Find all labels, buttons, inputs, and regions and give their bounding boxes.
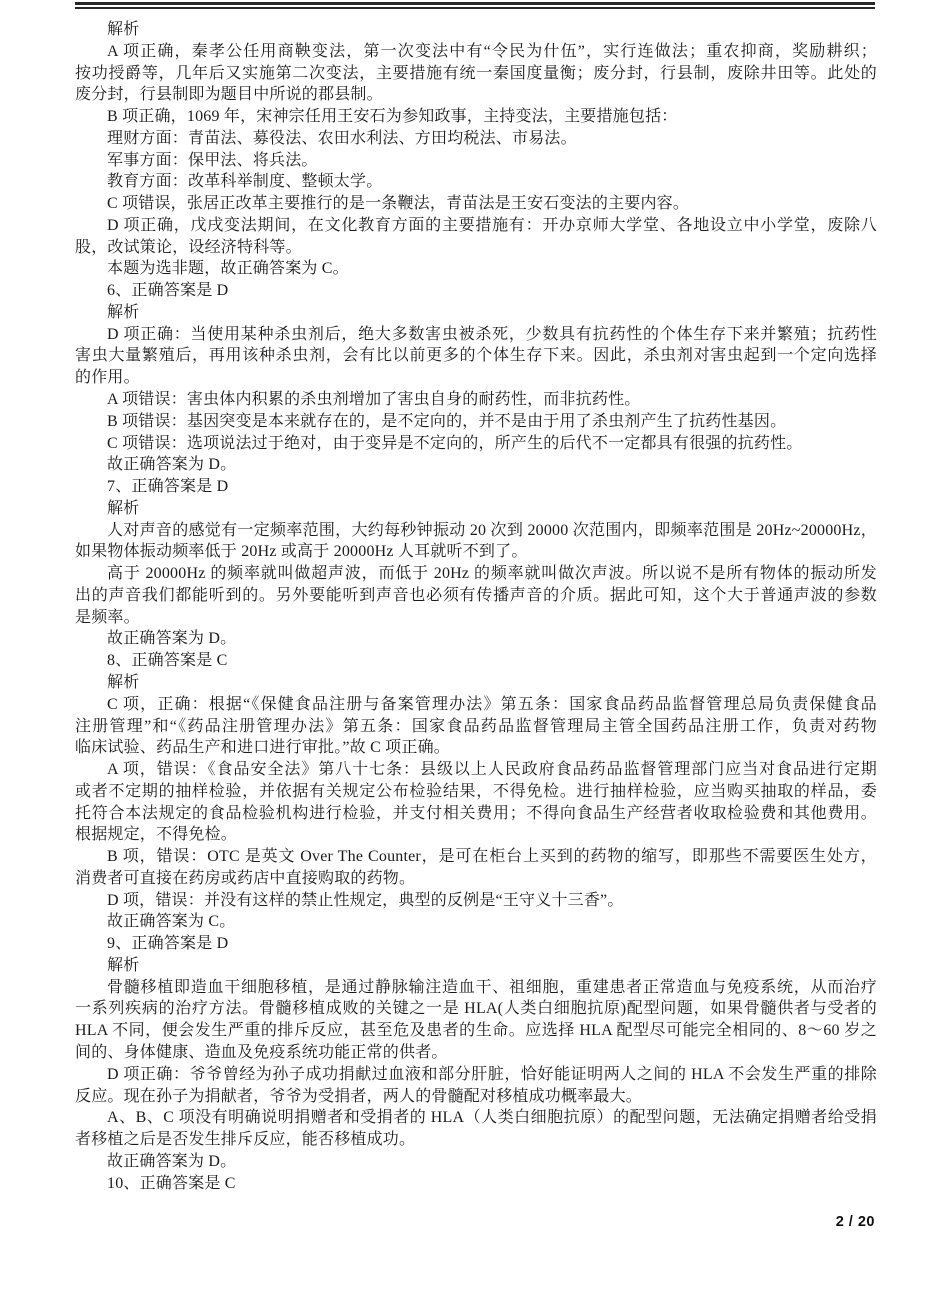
text-line: 骨髓移植即造血干细胞移植，是通过静脉输注造血干、祖细胞，重建患者正常造血与免疫系… — [75, 977, 877, 999]
text-line: 一系列疾病的治疗方法。骨髓移植成败的关键之一是 HLA(人类白细胞抗原)配型问题… — [75, 998, 877, 1020]
text-line: 解析 — [75, 302, 877, 324]
text-line: D 项正确：爷爷曾经为孙子成功捐献过血液和部分肝脏，恰好能证明两人之间的 HLA… — [75, 1064, 877, 1086]
text-line: 注册管理”和“《药品注册管理办法》第五条：国家食品药品监督管理局主管全国药品注册… — [75, 716, 877, 738]
text-line: 如果物体振动频率低于 20Hz 或高于 20000Hz 人耳就听不到了。 — [75, 541, 877, 563]
text-line: 解析 — [75, 672, 877, 694]
text-line: C 项错误：选项说法过于绝对，由于变异是不定向的，所产生的后代不一定都具有很强的… — [75, 433, 877, 455]
text-line: A 项，错误：《食品安全法》第八十七条：县级以上人民政府食品药品监督管理部门应当… — [75, 759, 877, 781]
text-line: 股，改试策论，设经济特科等。 — [75, 237, 877, 259]
page-number: 2 / 20 — [836, 1214, 875, 1230]
text-line: 者移植之后是否发生排斥反应，能否移植成功。 — [75, 1129, 877, 1151]
page-footer: 2 / 20 — [75, 1213, 875, 1231]
text-line: 解析 — [75, 955, 877, 977]
document-page: 解析A 项正确，秦孝公任用商鞅变法，第一次变法中有“令民为什伍”，实行连做法；重… — [0, 0, 950, 1290]
text-line: D 项，错误：并没有这样的禁止性规定，典型的反例是“王守义十三香”。 — [75, 890, 877, 912]
text-line: 7、正确答案是 D — [75, 476, 877, 498]
text-line: 人对声音的感觉有一定频率范围，大约每秒钟振动 20 次到 20000 次范围内，… — [75, 520, 877, 542]
text-line: 高于 20000Hz 的频率就叫做超声波，而低于 20Hz 的频率就叫做次声波。… — [75, 563, 877, 585]
text-line: 故正确答案为 D。 — [75, 454, 877, 476]
text-line: D 项正确：当使用某种杀虫剂后，绝大多数害虫被杀死，少数具有抗药性的个体生存下来… — [75, 324, 877, 346]
text-line: 临床试验、药品生产和进口进行审批。”故 C 项正确。 — [75, 737, 877, 759]
text-line: D 项正确，戊戌变法期间，在文化教育方面的主要措施有：开办京师大学堂、各地设立中… — [75, 215, 877, 237]
text-line: 本题为选非题，故正确答案为 C。 — [75, 258, 877, 280]
text-line: 或者不定期的抽样检验，并依据有关规定公布检验结果，不得免检。进行抽样检验，应当购… — [75, 781, 877, 803]
text-line: 6、正确答案是 D — [75, 280, 877, 302]
text-line: 理财方面：青苗法、募役法、农田水利法、方田均税法、市易法。 — [75, 128, 877, 150]
text-line: 故正确答案为 C。 — [75, 911, 877, 933]
text-line: 根据规定，不得免检。 — [75, 824, 877, 846]
text-line: 按功授爵等，几年后又实施第二次变法，主要措施有统一秦国度量衡；废分封，行县制，废… — [75, 63, 877, 85]
text-line: 解析 — [75, 498, 877, 520]
text-line: 军事方面：保甲法、将兵法。 — [75, 150, 877, 172]
text-line: 间的、身体健康、造血及免疫系统功能正常的供者。 — [75, 1042, 877, 1064]
text-line: 反应。现在孙子为捐献者，爷爷为受捐者，两人的骨髓配对移植成功概率最大。 — [75, 1086, 877, 1108]
header-divider — [75, 2, 875, 9]
text-line: 是频率。 — [75, 607, 877, 629]
text-line: 教育方面：改革科举制度、整顿太学。 — [75, 171, 877, 193]
text-line: 故正确答案为 D。 — [75, 628, 877, 650]
text-line: 的作用。 — [75, 367, 877, 389]
text-line: 9、正确答案是 D — [75, 933, 877, 955]
text-line: 解析 — [75, 19, 877, 41]
text-line: B 项，错误：OTC 是英文 Over The Counter，是可在柜台上买到… — [75, 846, 877, 868]
text-line: B 项错误：基因突变是本来就存在的，是不定向的，并不是由于用了杀虫剂产生了抗药性… — [75, 411, 877, 433]
text-line: A 项错误：害虫体内积累的杀虫剂增加了害虫自身的耐药性，而非抗药性。 — [75, 389, 877, 411]
text-line: C 项，正确：根据“《保健食品注册与备案管理办法》第五条：国家食品药品监督管理总… — [75, 694, 877, 716]
text-line: 8、正确答案是 C — [75, 650, 877, 672]
text-line: B 项正确，1069 年，宋神宗任用王安石为参知政事，主持变法，主要措施包括： — [75, 106, 877, 128]
text-line: A 项正确，秦孝公任用商鞅变法，第一次变法中有“令民为什伍”，实行连做法；重农抑… — [75, 41, 877, 63]
text-line: 消费者可直接在药房或药店中直接购取的药物。 — [75, 868, 877, 890]
text-line: 10、正确答案是 C — [75, 1173, 877, 1195]
text-line: 托符合本法规定的食品检验机构进行检验，并支付相关费用；不得向食品生产经营者收取检… — [75, 803, 877, 825]
text-line: C 项错误，张居正改革主要推行的是一条鞭法，青苗法是王安石变法的主要内容。 — [75, 193, 877, 215]
text-line: 出的声音我们都能听到的。另外要能听到声音也必须有传播声音的介质。据此可知，这个大… — [75, 585, 877, 607]
text-line: HLA 不同，便会发生严重的排斥反应，甚至危及患者的生命。应选择 HLA 配型尽… — [75, 1020, 877, 1042]
text-line: 废分封，行县制即为题目中所说的郡县制。 — [75, 84, 877, 106]
document-body: 解析A 项正确，秦孝公任用商鞅变法，第一次变法中有“令民为什伍”，实行连做法；重… — [75, 19, 877, 1194]
text-line: A、B、C 项没有明确说明捐赠者和受捐者的 HLA（人类白细胞抗原）的配型问题，… — [75, 1107, 877, 1129]
text-line: 故正确答案为 D。 — [75, 1151, 877, 1173]
text-line: 害虫大量繁殖后，再用该种杀虫剂，会有比以前更多的个体生存下来。因此，杀虫剂对害虫… — [75, 345, 877, 367]
